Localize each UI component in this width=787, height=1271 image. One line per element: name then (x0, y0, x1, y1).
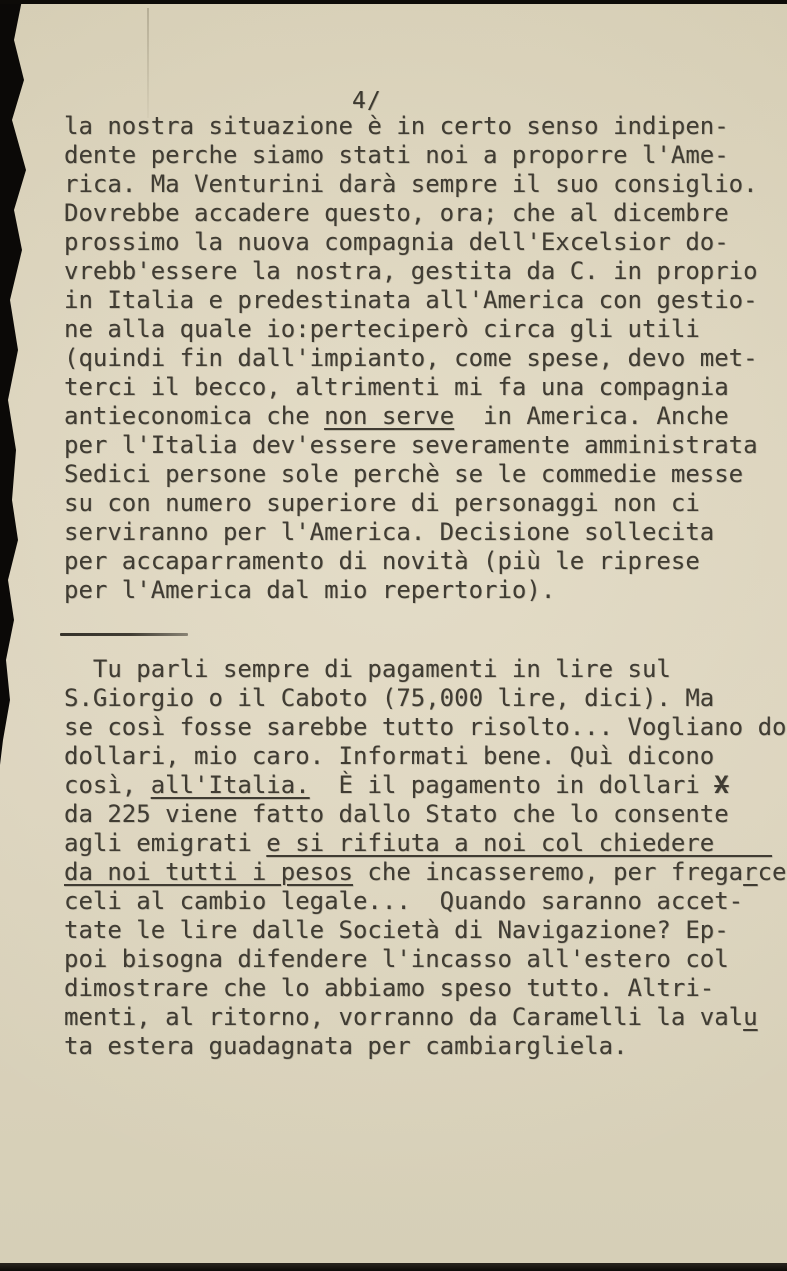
scan-edge-top (0, 0, 787, 4)
text-segment: È il pagamento in dollari (310, 771, 715, 799)
text-line: se così fosse sarebbe tutto risolto... V… (64, 713, 787, 742)
scanned-letter-page: 4/ la nostra situazione è in certo senso… (0, 0, 787, 1271)
text-line: così, all'Italia. È il pagamento in doll… (64, 771, 787, 800)
text-line: la nostra situazione è in certo senso in… (64, 112, 787, 141)
text-line: terci il becco, altrimenti mi fa una com… (64, 373, 787, 402)
text-line: menti, al ritorno, vorranno da Caramelli… (64, 1003, 787, 1032)
text-segment: Tu parli sempre di pagamenti in lire sul (64, 655, 671, 683)
text-segment: celi al cambio legale... Quando saranno … (64, 887, 743, 915)
underlined-text: r (743, 858, 757, 886)
text-line: rica. Ma Venturini darà sempre il suo co… (64, 170, 787, 199)
text-line: Sedici persone sole perchè se le commedi… (64, 460, 787, 489)
text-line: Dovrebbe accadere questo, ora; che al di… (64, 199, 787, 228)
typed-divider-line (60, 633, 188, 636)
page-number: 4/ (352, 88, 382, 114)
text-line: prossimo la nuova compagnia dell'Excelsi… (64, 228, 787, 257)
underlined-text: non serve (324, 402, 454, 430)
text-segment: (quindi fin dall'impianto, come spese, d… (64, 344, 758, 372)
text-segment: terci il becco, altrimenti mi fa una com… (64, 373, 729, 401)
text-segment: dente perche siamo stati noi a proporre … (64, 141, 729, 169)
paragraph-1: la nostra situazione è in certo senso in… (64, 112, 787, 605)
paragraph-2: Tu parli sempre di pagamenti in lire sul… (64, 655, 787, 1061)
text-line: agli emigrati e si rifiuta a noi col chi… (64, 829, 787, 858)
text-line: (quindi fin dall'impianto, come spese, d… (64, 344, 787, 373)
paper-sheet: 4/ la nostra situazione è in certo senso… (0, 4, 787, 1263)
text-segment: Dovrebbe accadere questo, ora; che al di… (64, 199, 729, 227)
text-line: su con numero superiore di personaggi no… (64, 489, 787, 518)
text-line: ne alla quale io:perteciperò circa gli u… (64, 315, 787, 344)
text-segment: poi bisogna difendere l'incasso all'este… (64, 945, 729, 973)
text-segment: agli emigrati (64, 829, 266, 857)
text-segment: per l'Italia dev'essere severamente ammi… (64, 431, 758, 459)
underlined-text: u (743, 1003, 757, 1031)
underlined-text: e si rifiuta a noi col chiedere (266, 829, 772, 857)
text-line: celi al cambio legale... Quando saranno … (64, 887, 787, 916)
text-segment: da 225 viene fatto dallo Stato che lo co… (64, 800, 729, 828)
text-segment: che incasseremo, per frega (353, 858, 743, 886)
text-segment: se così fosse sarebbe tutto risolto... V… (64, 713, 786, 741)
text-segment: su con numero superiore di personaggi no… (64, 489, 700, 517)
struck-out-character: X (714, 771, 728, 799)
text-segment: in America. Anche (454, 402, 729, 430)
text-segment: S.Giorgio o il Caboto (75,000 lire, dici… (64, 684, 714, 712)
text-line: poi bisogna difendere l'incasso all'este… (64, 945, 787, 974)
text-line: antieconomica che non serve in America. … (64, 402, 787, 431)
text-segment: ta estera guadagnata per cambiargliela. (64, 1032, 628, 1060)
text-segment: menti, al ritorno, vorranno da Caramelli… (64, 1003, 743, 1031)
underlined-text: da noi tutti i pesos (64, 858, 353, 886)
text-segment: celi (758, 858, 787, 886)
text-line: per l'America dal mio repertorio). (64, 576, 787, 605)
text-segment: così, (64, 771, 151, 799)
text-segment: Sedici persone sole perchè se le commedi… (64, 460, 743, 488)
text-segment: ne alla quale io:perteciperò circa gli u… (64, 315, 700, 343)
text-line: dimostrare che lo abbiamo speso tutto. A… (64, 974, 787, 1003)
text-segment: tate le lire dalle Società di Navigazion… (64, 916, 729, 944)
text-line: per l'Italia dev'essere severamente ammi… (64, 431, 787, 460)
text-line: tate le lire dalle Società di Navigazion… (64, 916, 787, 945)
text-segment: dimostrare che lo abbiamo speso tutto. A… (64, 974, 714, 1002)
text-segment: per l'America dal mio repertorio). (64, 576, 555, 604)
text-line: da noi tutti i pesos che incasseremo, pe… (64, 858, 787, 887)
text-line: per accaparramento di novità (più le rip… (64, 547, 787, 576)
text-segment: vrebb'essere la nostra, gestita da C. in… (64, 257, 758, 285)
text-segment: prossimo la nuova compagnia dell'Excelsi… (64, 228, 729, 256)
text-segment: per accaparramento di novità (più le rip… (64, 547, 700, 575)
text-segment: la nostra situazione è in certo senso in… (64, 112, 729, 140)
text-segment: antieconomica che (64, 402, 324, 430)
text-line: S.Giorgio o il Caboto (75,000 lire, dici… (64, 684, 787, 713)
text-line: da 225 viene fatto dallo Stato che lo co… (64, 800, 787, 829)
text-segment: rica. Ma Venturini darà sempre il suo co… (64, 170, 758, 198)
text-line: serviranno per l'America. Decisione soll… (64, 518, 787, 547)
paper-crease (147, 8, 149, 118)
text-line: Tu parli sempre di pagamenti in lire sul (64, 655, 787, 684)
underlined-text: all'Italia. (151, 771, 310, 799)
text-line: in Italia e predestinata all'America con… (64, 286, 787, 315)
scan-edge-bottom (0, 1263, 787, 1271)
text-line: dente perche siamo stati noi a proporre … (64, 141, 787, 170)
text-line: ta estera guadagnata per cambiargliela. (64, 1032, 787, 1061)
text-segment: in Italia e predestinata all'America con… (64, 286, 758, 314)
text-line: dollari, mio caro. Informati bene. Quì d… (64, 742, 787, 771)
text-segment: dollari, mio caro. Informati bene. Quì d… (64, 742, 714, 770)
text-segment: serviranno per l'America. Decisione soll… (64, 518, 714, 546)
text-line: vrebb'essere la nostra, gestita da C. in… (64, 257, 787, 286)
